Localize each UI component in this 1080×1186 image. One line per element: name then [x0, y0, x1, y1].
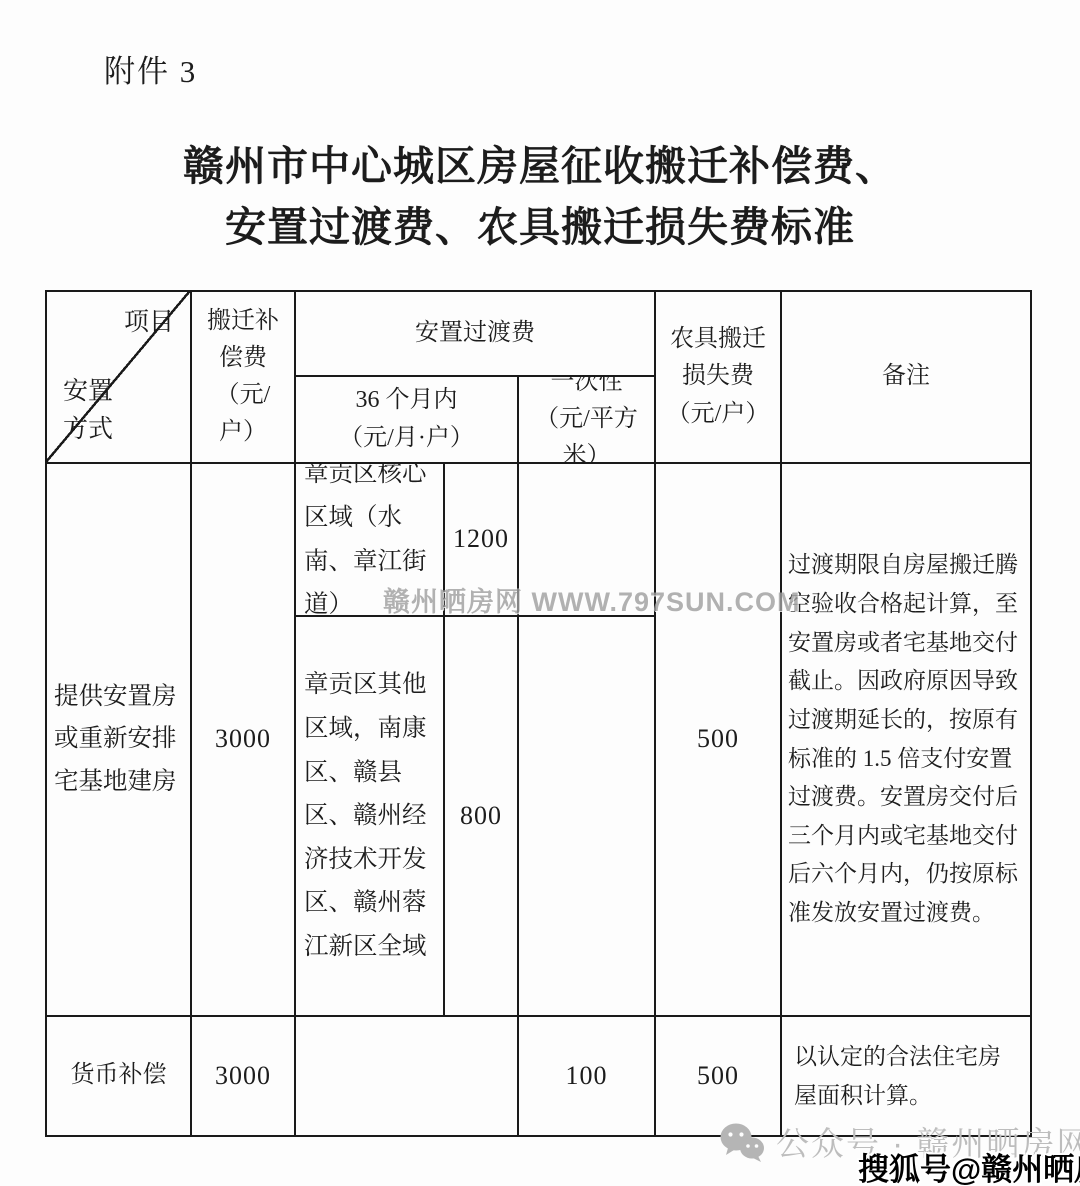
sohu-account-watermark: 搜狐号@赣州晒房网 — [858, 1144, 1080, 1186]
corner-header-cell: 项目 安置 方式 — [47, 292, 192, 464]
corner-project-label: 项目 — [124, 304, 174, 343]
header-remark: 备注 — [782, 292, 1032, 464]
cell-monetary-36-months-empty — [296, 1017, 519, 1137]
cell-resettlement-method: 提供安置房或重新安排宅基地建房 — [47, 464, 192, 1017]
cell-other-area-value: 800 — [445, 617, 519, 1017]
cell-resettlement-farm-tool-fee: 500 — [656, 464, 782, 1017]
document-title-line1: 赣州市中心城区房屋征收搬迁补偿费、 — [0, 136, 1080, 197]
document-title: 赣州市中心城区房屋征收搬迁补偿费、 安置过渡费、农具搬迁损失费标准 — [0, 136, 1080, 257]
cell-other-area-one-time-empty — [519, 617, 656, 1017]
header-within-36-months: 36 个月内 （元/月·户） — [296, 377, 519, 464]
header-transition-fee-group: 安置过渡费 — [296, 292, 656, 377]
cell-resettlement-relocation-fee: 3000 — [192, 464, 296, 1017]
cell-monetary-relocation-fee: 3000 — [192, 1017, 296, 1137]
header-relocation-fee: 搬迁补 偿费 （元/ 户） — [192, 292, 296, 464]
compensation-standards-table: 项目 安置 方式 搬迁补 偿费 （元/ 户） 安置过渡费 36 个月内 （元/月… — [45, 290, 1032, 1137]
wechat-icon — [718, 1121, 766, 1163]
cell-monetary-method: 货币补偿 — [47, 1017, 192, 1137]
header-one-time: 一次性 （元/平方米） — [519, 377, 656, 464]
site-watermark: 赣州晒房网 WWW.797SUN.COM — [383, 580, 801, 619]
cell-resettlement-remark: 过渡期限自房屋搬迁腾空验收合格起计算，至安置房或者宅基地交付截止。因政府原因导致… — [782, 464, 1032, 1017]
attachment-label: 附件 3 — [104, 46, 197, 91]
cell-other-area-label: 章贡区其他区域，南康区、赣县区、赣州经济技术开发区、赣州蓉江新区全域 — [296, 617, 445, 1017]
document-page: 附件 3 赣州市中心城区房屋征收搬迁补偿费、 安置过渡费、农具搬迁损失费标准 项… — [0, 0, 1080, 1186]
cell-monetary-one-time: 100 — [519, 1017, 656, 1137]
corner-method-label: 安置 方式 — [63, 373, 113, 451]
header-farm-tool-fee: 农具搬迁 损失费 （元/户） — [656, 292, 782, 464]
document-title-line2: 安置过渡费、农具搬迁损失费标准 — [0, 197, 1080, 258]
